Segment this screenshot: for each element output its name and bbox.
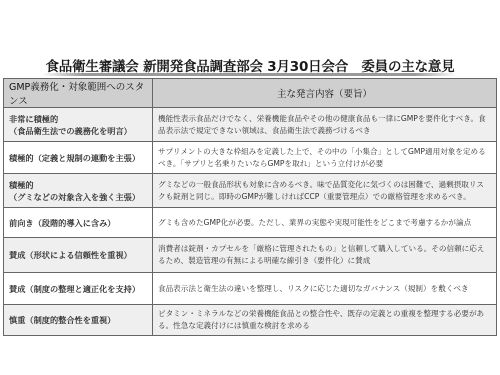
stance-sublabel: （グミなどの対象含入を強く主張） — [9, 192, 140, 202]
remark-cell: グミも含めたGMP化が必要。ただし、業界の実態や実現可能性をどこまで考慮するかが… — [153, 208, 497, 238]
column-header-remarks: 主な発言内容（要旨） — [153, 79, 497, 108]
stance-label: 賛成（形状による信頼性を重視） — [9, 250, 132, 260]
remark-cell: 機能性表示食品だけでなく、栄養機能食品やその他の健康食品も一律にGMPを要件化す… — [153, 108, 497, 142]
table-row: 前向き（段階的導入に含み） グミも含めたGMP化が必要。ただし、業界の実態や実現… — [4, 208, 497, 238]
stance-sublabel: （食品衛生法での義務化を明言） — [9, 126, 132, 136]
stance-cell: 積極的（グミなどの対象含入を強く主張） — [4, 174, 153, 208]
table-row: 積極的（グミなどの対象含入を強く主張） グミなどの一般食品形状も対象に含めるべき… — [4, 174, 497, 208]
title-underline-divider — [42, 73, 456, 76]
stance-label: 慎重（制度的整合性を重視） — [9, 315, 115, 325]
remark-cell: 消費者は錠剤・カプセルを「厳格に管理されたもの」と信頼して購入している。その信頼… — [153, 238, 497, 273]
table-row: 賛成（制度の整理と適正化を支持） 食品表示法と衛生法の違いを整理し、リスクに応じ… — [4, 273, 497, 305]
stance-cell: 賛成（形状による信頼性を重視） — [4, 238, 153, 273]
stance-label: 前向き（段階的導入に含み） — [9, 218, 115, 228]
stance-label: 積極的 — [9, 180, 34, 190]
stance-cell: 積極的（定義と規制の連動を主張） — [4, 142, 153, 174]
remark-cell: ビタミン・ミネラルなどの栄養機能食品との整合性や、既存の定義との重複を整理する必… — [153, 305, 497, 336]
stance-cell: 慎重（制度的整合性を重視） — [4, 305, 153, 336]
remark-cell: グミなどの一般食品形状も対象に含めるべき。味で品質変化に気づくのは困難で、過剰摂… — [153, 174, 497, 208]
column-header-stance: GMP義務化・対象範囲へのスタンス — [4, 79, 153, 108]
stance-cell: 賛成（制度の整理と適正化を支持） — [4, 273, 153, 305]
stance-cell: 前向き（段階的導入に含み） — [4, 208, 153, 238]
table-row: 積極的（定義と規制の連動を主張） サプリメントの大きな枠組みを定義した上で、その… — [4, 142, 497, 174]
stance-label: 賛成（制度の整理と適正化を支持） — [9, 284, 140, 294]
remark-cell: 食品表示法と衛生法の違いを整理し、リスクに応じた適切なガバナンス（規制）を敷くべ… — [153, 273, 497, 305]
table-row: 非常に積極的（食品衛生法での義務化を明言） 機能性表示食品だけでなく、栄養機能食… — [4, 108, 497, 142]
stance-label: 積極的（定義と規制の連動を主張） — [9, 153, 140, 163]
table-row: 賛成（形状による信頼性を重視） 消費者は錠剤・カプセルを「厳格に管理されたもの」… — [4, 238, 497, 273]
opinions-table: GMP義務化・対象範囲へのスタンス 主な発言内容（要旨） 非常に積極的（食品衛生… — [3, 78, 497, 336]
table-header-row: GMP義務化・対象範囲へのスタンス 主な発言内容（要旨） — [4, 79, 497, 108]
stance-cell: 非常に積極的（食品衛生法での義務化を明言） — [4, 108, 153, 142]
stance-label: 非常に積極的 — [9, 114, 58, 124]
table-row: 慎重（制度的整合性を重視） ビタミン・ミネラルなどの栄養機能食品との整合性や、既… — [4, 305, 497, 336]
remark-cell: サプリメントの大きな枠組みを定義した上で、その中の「小集合」としてGMP適用対象… — [153, 142, 497, 174]
